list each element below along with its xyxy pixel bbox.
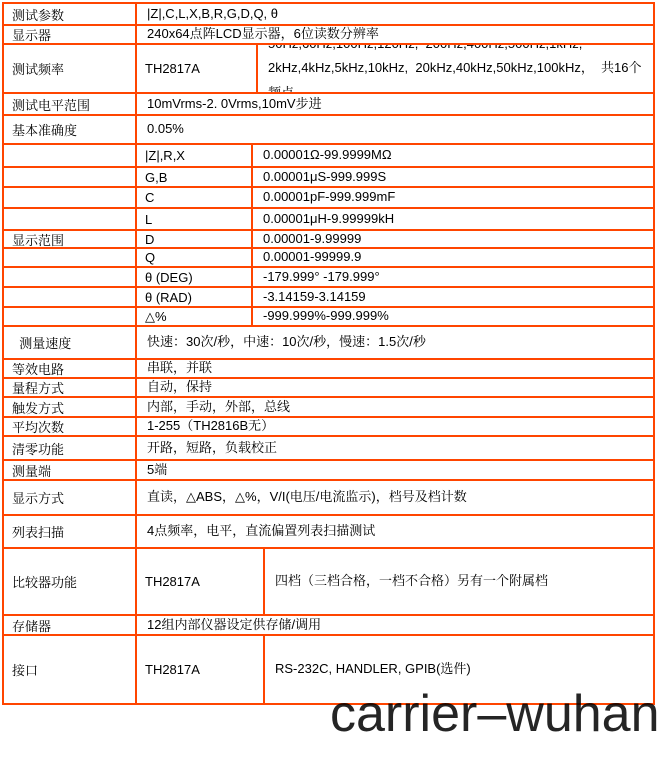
table-row: 显示器 240x64点阵LCD显示器，6位读数分辨率 [4,26,653,45]
spec-value-cell: 开路，短路，负载校正 [137,437,653,459]
spec-value-cell: RS-232C, HANDLER, GPIB(选件) [265,636,653,703]
spec-model-cell: TH2817A [137,549,265,614]
spec-value-cell: 快速：30次/秒，中速：10次/秒，慢速：1.5次/秒 [137,327,653,358]
spec-model-cell: θ (DEG) [137,268,253,286]
spec-value-cell: 0.00001-9.99999 [253,231,653,247]
spec-value-cell: |Z|,C,L,X,B,R,G,D,Q, θ [137,4,653,24]
spec-value-cell: 0.00001-99999.9 [253,249,653,266]
spec-value-cell: 内部，手动，外部，总线 [137,398,653,416]
spec-value-cell: 0.00001Ω-99.9999MΩ [253,145,653,166]
spec-value-cell: -3.14159-3.14159 [253,288,653,306]
spec-label-cell: 显示范围 [4,231,137,247]
spec-label-cell [4,188,137,207]
table-row: 基本准确度 0.05% [4,116,653,145]
spec-value-cell: 12组内部仪器设定供存储/调用 [137,616,653,634]
spec-value-cell: 0.05% [137,116,653,143]
spec-label-cell [4,145,137,166]
table-row: 比较器功能 TH2817A 四档（三档合格，一档不合格）另有一个附属档 [4,549,653,616]
spec-label-cell [4,209,137,229]
spec-label-cell: 等效电路 [4,360,137,377]
spec-label-cell: 显示方式 [4,481,137,514]
table-row: 测试参数 |Z|,C,L,X,B,R,G,D,Q, θ [4,4,653,26]
spec-label-cell: 比较器功能 [4,549,137,614]
spec-label-cell: 触发方式 [4,398,137,416]
table-row: G,B 0.00001μS-999.999S [4,168,653,188]
spec-value-cell: 直读，△ABS，△%，V/I(电压/电流监示)，档号及档计数 [137,481,653,514]
table-row: △% -999.999%-999.999% [4,308,653,327]
spec-model-cell: G,B [137,168,253,186]
table-row: 平均次数 1-255（TH2816B无） [4,418,653,437]
spec-value-cell: 50Hz,60Hz,100Hz,120Hz, 200Hz,400Hz,500Hz… [258,45,653,92]
spec-label-cell [4,268,137,286]
table-row: C 0.00001pF-999.999mF [4,188,653,209]
spec-model-cell: C [137,188,253,207]
spec-label-cell: 清零功能 [4,437,137,459]
spec-label-cell: 基本准确度 [4,116,137,143]
spec-value-cell: 四档（三档合格，一档不合格）另有一个附属档 [265,549,653,614]
spec-label-cell: 平均次数 [4,418,137,435]
table-row: 接口 TH2817A RS-232C, HANDLER, GPIB(选件) [4,636,653,703]
spec-value-cell: 5端 [137,461,653,479]
spec-label-cell: 测试频率 [4,45,137,92]
table-row: L 0.00001μH-9.99999kH [4,209,653,231]
spec-model-cell: L [137,209,253,229]
table-row: 清零功能 开路，短路，负载校正 [4,437,653,461]
table-row: 存储器 12组内部仪器设定供存储/调用 [4,616,653,636]
spec-value-cell: 240x64点阵LCD显示器，6位读数分辨率 [137,26,653,43]
spec-value-cell: -179.999° -179.999° [253,268,653,286]
table-row: 测量速度 快速：30次/秒，中速：10次/秒，慢速：1.5次/秒 [4,327,653,360]
table-row: 量程方式 自动，保持 [4,379,653,398]
spec-value-cell: 串联，并联 [137,360,653,377]
spec-value-cell: 10mVrms-2. 0Vrms,10mV步进 [137,94,653,114]
spec-label-cell [4,168,137,186]
spec-label-cell: 测量端 [4,461,137,479]
table-row: 显示范围 D 0.00001-9.99999 [4,231,653,249]
spec-model-cell: △% [137,308,253,325]
spec-label-cell: 测量速度 [4,327,137,358]
spec-model-cell: TH2817A [137,636,265,703]
table-row: |Z|,R,X 0.00001Ω-99.9999MΩ [4,145,653,168]
spec-label-cell: 测试电平范围 [4,94,137,114]
spec-model-cell: Q [137,249,253,266]
table-row: 列表扫描 4点频率，电平，直流偏置列表扫描测试 [4,516,653,549]
spec-label-cell [4,249,137,266]
table-row: 测量端 5端 [4,461,653,481]
spec-value-cell: -999.999%-999.999% [253,308,653,325]
spec-value-cell: 1-255（TH2816B无） [137,418,653,435]
spec-label-cell: 量程方式 [4,379,137,396]
spec-label-cell: 测试参数 [4,4,137,24]
spec-table: 测试参数 |Z|,C,L,X,B,R,G,D,Q, θ 显示器 240x64点阵… [2,2,655,705]
spec-value-cell: 0.00001μS-999.999S [253,168,653,186]
spec-label-cell [4,308,137,325]
spec-value-cell: 自动，保持 [137,379,653,396]
spec-value-cell: 0.00001μH-9.99999kH [253,209,653,229]
table-row: θ (DEG) -179.999° -179.999° [4,268,653,288]
spec-value-cell: 0.00001pF-999.999mF [253,188,653,207]
spec-label-cell: 存储器 [4,616,137,634]
spec-model-cell: D [137,231,253,247]
table-row: θ (RAD) -3.14159-3.14159 [4,288,653,308]
spec-label-cell: 接口 [4,636,137,703]
table-row: 测试电平范围 10mVrms-2. 0Vrms,10mV步进 [4,94,653,116]
table-row: 显示方式 直读，△ABS，△%，V/I(电压/电流监示)，档号及档计数 [4,481,653,516]
table-row: 测试频率 TH2817A 50Hz,60Hz,100Hz,120Hz, 200H… [4,45,653,94]
spec-model-cell: |Z|,R,X [137,145,253,166]
spec-label-cell: 列表扫描 [4,516,137,547]
spec-value-cell: 4点频率，电平，直流偏置列表扫描测试 [137,516,653,547]
spec-label-cell: 显示器 [4,26,137,43]
spec-model-cell: TH2817A [137,45,258,92]
spec-label-cell [4,288,137,306]
table-row: Q 0.00001-99999.9 [4,249,653,268]
spec-model-cell: θ (RAD) [137,288,253,306]
table-row: 等效电路 串联，并联 [4,360,653,379]
table-row: 触发方式 内部，手动，外部，总线 [4,398,653,418]
